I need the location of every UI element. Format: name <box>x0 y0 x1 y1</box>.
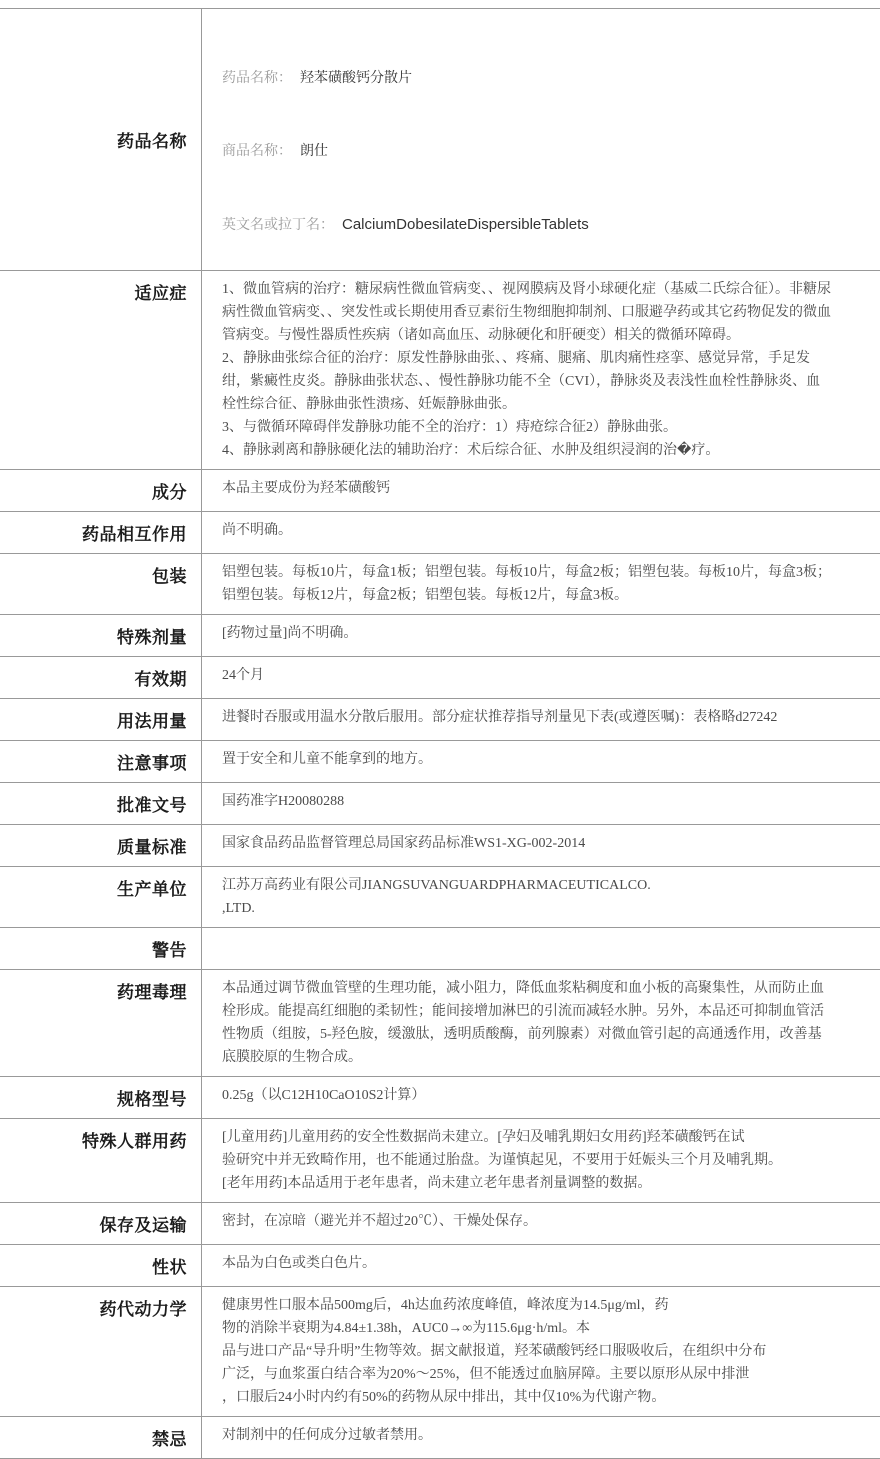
row-label: 保存及运输 <box>0 1203 202 1244</box>
row-content: 尚不明确。 <box>202 512 880 553</box>
drug-name-value: 羟苯磺酸钙分散片 <box>300 71 412 86</box>
table-row: 禁忌 对制剂中的任何成分过敏者禁用。 <box>0 1417 880 1459</box>
table-row: 质量标准 国家食品药品监督管理总局国家药品标准WS1-XG-002-2014 <box>0 825 880 867</box>
row-label: 警告 <box>0 928 202 969</box>
row-label: 适应症 <box>0 271 202 469</box>
table-row: 药代动力学 健康男性口服本品500mg后，4h达血药浓度峰值，峰浓度为14.5μ… <box>0 1287 880 1417</box>
table-row: 用法用量 进餐时吞服或用温水分散后服用。部分症状推荐指导剂量见下表(或遵医嘱)：… <box>0 699 880 741</box>
row-content: [儿童用药]儿童用药的安全性数据尚未建立。[孕妇及哺乳期妇女用药]羟苯磺酸钙在试… <box>202 1119 880 1202</box>
row-content: 对制剂中的任何成分过敏者禁用。 <box>202 1417 880 1458</box>
row-content <box>202 928 880 969</box>
row-content: 国家食品药品监督管理总局国家药品标准WS1-XG-002-2014 <box>202 825 880 866</box>
row-content: 进餐时吞服或用温水分散后服用。部分症状推荐指导剂量见下表(或遵医嘱)：表格略d2… <box>202 699 880 740</box>
table-row: 注意事项 置于安全和儿童不能拿到的地方。 <box>0 741 880 783</box>
row-label: 生产单位 <box>0 867 202 927</box>
row-label: 禁忌 <box>0 1417 202 1458</box>
row-content: 密封，在凉暗（避光并不超过20℃）、干燥处保存。 <box>202 1203 880 1244</box>
row-label: 特殊剂量 <box>0 615 202 656</box>
row-content: 本品通过调节微血管壁的生理功能，减小阻力，降低血浆粘稠度和血小板的高聚集性，从而… <box>202 970 880 1076</box>
row-label: 规格型号 <box>0 1077 202 1118</box>
table-row: 有效期 24个月 <box>0 657 880 699</box>
table-row: 特殊剂量 [药物过量]尚不明确。 <box>0 615 880 657</box>
row-label: 有效期 <box>0 657 202 698</box>
field-label: 英文名或拉丁名： <box>222 218 334 233</box>
table-row: 药理毒理 本品通过调节微血管壁的生理功能，减小阻力，降低血浆粘稠度和血小板的高聚… <box>0 970 880 1077</box>
brand-name-line: 商品名称：朗仕 <box>222 114 832 164</box>
table-row: 性状 本品为白色或类白色片。 <box>0 1245 880 1287</box>
row-label: 性状 <box>0 1245 202 1286</box>
row-label: 药理毒理 <box>0 970 202 1076</box>
row-content: 铝塑包装。每板10片，每盒1板；铝塑包装。每板10片，每盒2板；铝塑包装。每板1… <box>202 554 880 614</box>
table-row: 警告 <box>0 928 880 970</box>
row-label: 注意事项 <box>0 741 202 782</box>
field-label: 药品名称： <box>222 71 292 86</box>
table-row: 保存及运输 密封，在凉暗（避光并不超过20℃）、干燥处保存。 <box>0 1203 880 1245</box>
row-content: 0.25g（以C12H10CaO10S2计算） <box>202 1077 880 1118</box>
table-row: 成分 本品主要成份为羟苯磺酸钙 <box>0 470 880 512</box>
row-label: 成分 <box>0 470 202 511</box>
english-name-line: 英文名或拉丁名：CalciumDobesilateDispersibleTabl… <box>222 187 832 238</box>
row-label: 药品相互作用 <box>0 512 202 553</box>
row-content: 江苏万高药业有限公司JIANGSUVANGUARDPHARMACEUTICALC… <box>202 867 880 927</box>
row-content: 24个月 <box>202 657 880 698</box>
row-content: 本品主要成份为羟苯磺酸钙 <box>202 470 880 511</box>
table-row: 规格型号 0.25g（以C12H10CaO10S2计算） <box>0 1077 880 1119</box>
table-row: 药品名称 药品名称：羟苯磺酸钙分散片 商品名称：朗仕 英文名或拉丁名：Calci… <box>0 9 880 271</box>
table-row: 药品相互作用 尚不明确。 <box>0 512 880 554</box>
row-label: 用法用量 <box>0 699 202 740</box>
row-content: 药品名称：羟苯磺酸钙分散片 商品名称：朗仕 英文名或拉丁名：CalciumDob… <box>202 9 880 270</box>
table-row: 特殊人群用药 [儿童用药]儿童用药的安全性数据尚未建立。[孕妇及哺乳期妇女用药]… <box>0 1119 880 1203</box>
table-row: 适应症 1、微血管病的治疗：糖尿病性微血管病变、、视网膜病及肾小球硬化症（基威二… <box>0 271 880 470</box>
row-content: [药物过量]尚不明确。 <box>202 615 880 656</box>
table-row: 批准文号 国药准字H20080288 <box>0 783 880 825</box>
field-label: 商品名称： <box>222 144 292 159</box>
row-label: 特殊人群用药 <box>0 1119 202 1202</box>
row-label: 批准文号 <box>0 783 202 824</box>
table-row: 生产单位 江苏万高药业有限公司JIANGSUVANGUARDPHARMACEUT… <box>0 867 880 928</box>
row-label: 质量标准 <box>0 825 202 866</box>
row-content: 1、微血管病的治疗：糖尿病性微血管病变、、视网膜病及肾小球硬化症（基威二氏综合征… <box>202 271 880 469</box>
row-content: 国药准字H20080288 <box>202 783 880 824</box>
row-label: 药品名称 <box>0 9 202 270</box>
english-name-value: CalciumDobesilateDispersibleTablets <box>342 216 589 233</box>
row-content: 健康男性口服本品500mg后，4h达血药浓度峰值，峰浓度为14.5μg/ml，药… <box>202 1287 880 1416</box>
table-row: 包装 铝塑包装。每板10片，每盒1板；铝塑包装。每板10片，每盒2板；铝塑包装。… <box>0 554 880 615</box>
drug-name-line: 药品名称：羟苯磺酸钙分散片 <box>222 41 832 91</box>
row-label: 药代动力学 <box>0 1287 202 1416</box>
row-content: 置于安全和儿童不能拿到的地方。 <box>202 741 880 782</box>
row-content: 本品为白色或类白色片。 <box>202 1245 880 1286</box>
drug-info-table: 药品名称 药品名称：羟苯磺酸钙分散片 商品名称：朗仕 英文名或拉丁名：Calci… <box>0 8 880 1459</box>
brand-name-value: 朗仕 <box>300 144 328 159</box>
row-label: 包装 <box>0 554 202 614</box>
